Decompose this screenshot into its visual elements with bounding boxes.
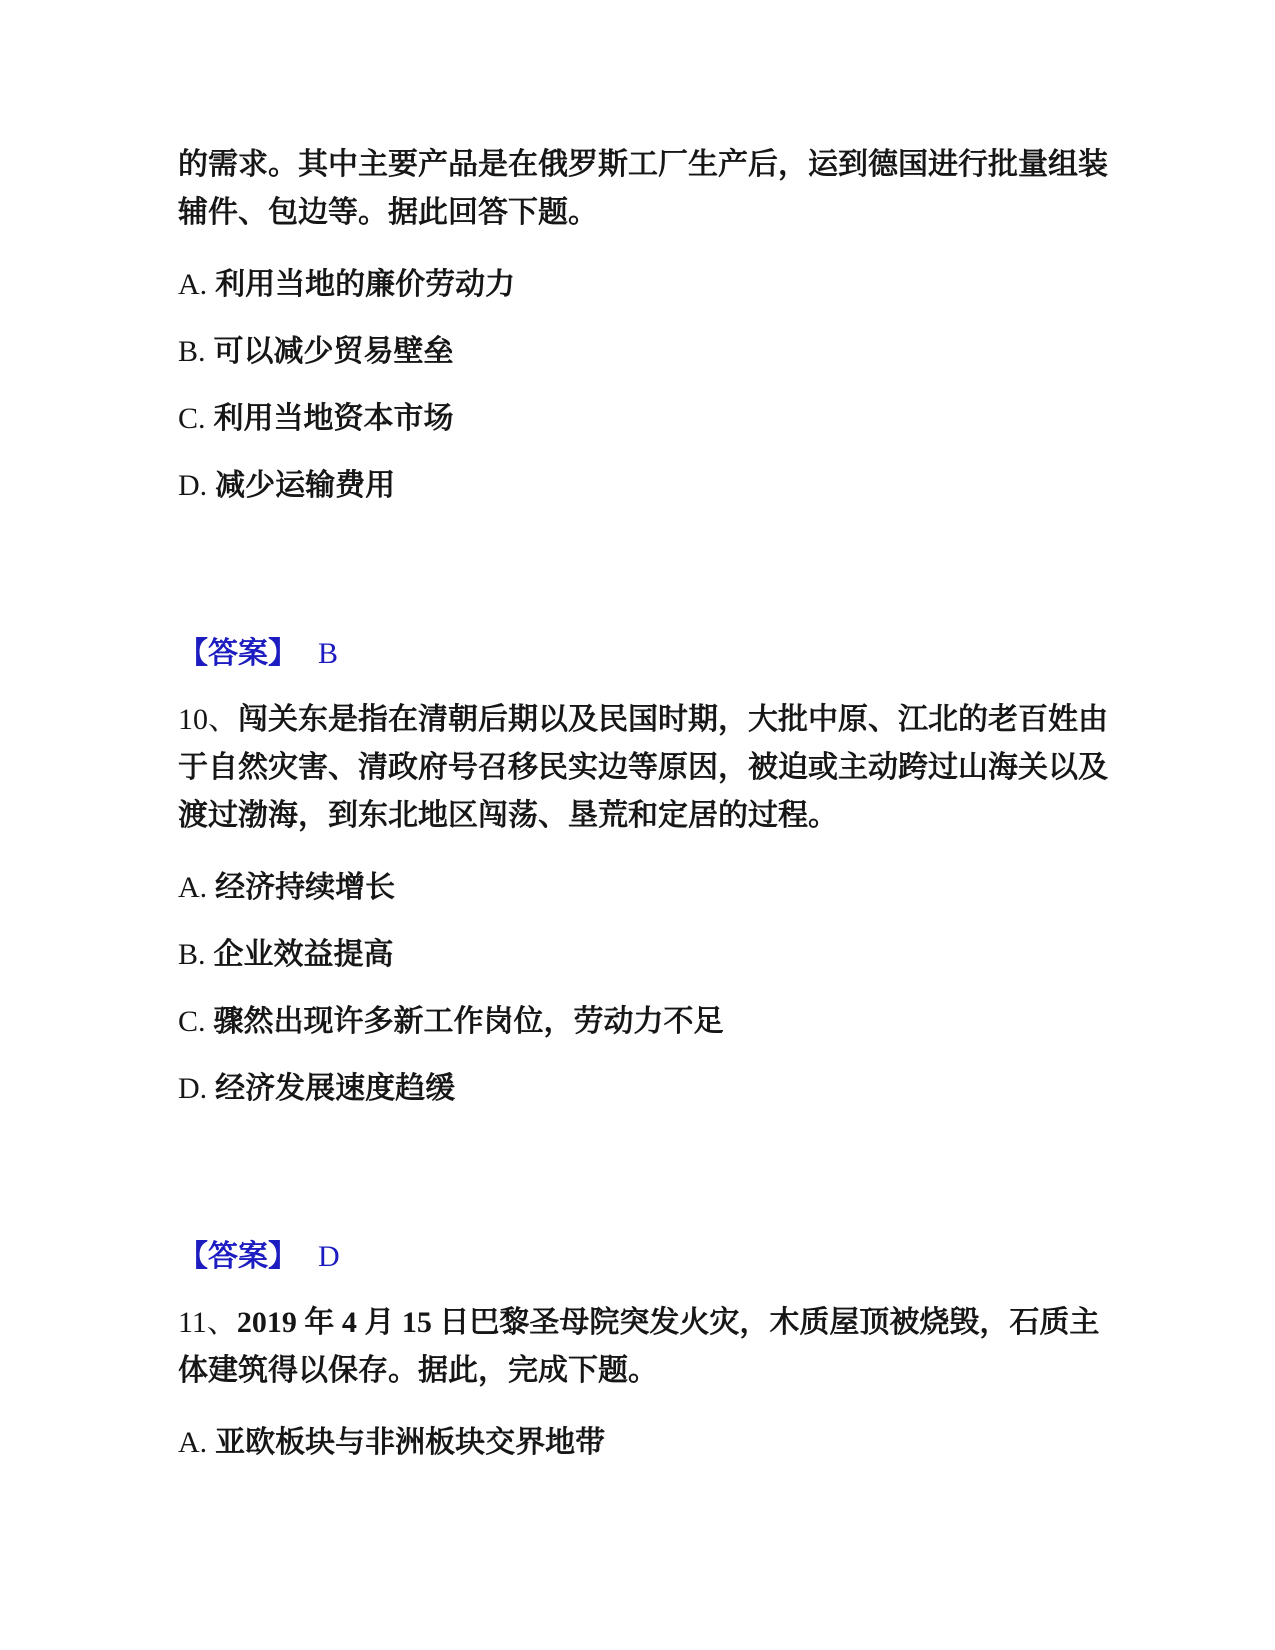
- q09-option-c: C.利用当地资本市场: [178, 395, 1128, 443]
- answer-label: 【答案】: [178, 1240, 298, 1273]
- q10-option-d-label: D.: [178, 1072, 207, 1105]
- q11-option-a-text: 亚欧板块与非洲板块交界地带: [215, 1426, 605, 1459]
- question-10-stem-text: 闯关东是指在清朝后期以及民国时期，大批中原、江北的老百姓由于自然灾害、清政府号召…: [178, 703, 1108, 832]
- question-9-options: A.利用当地的廉价劳动力 B.可以减少贸易壁垒 C.利用当地资本市场 D.减少运…: [178, 261, 1128, 510]
- question-10-answer-row: 【答案】D: [178, 1233, 1128, 1281]
- exam-document: 的需求。其中主要产品是在俄罗斯工厂生产后，运到德国进行批量组装辅件、包边等。据此…: [178, 141, 1128, 1467]
- question-11-number: 11、: [178, 1306, 237, 1339]
- question-9-stem-continuation: 的需求。其中主要产品是在俄罗斯工厂生产后，运到德国进行批量组装辅件、包边等。据此…: [178, 141, 1128, 237]
- q10-option-c-text: 骤然出现许多新工作岗位，劳动力不足: [214, 1005, 724, 1038]
- question-9-stem-text: 的需求。其中主要产品是在俄罗斯工厂生产后，运到德国进行批量组装辅件、包边等。据此…: [178, 148, 1108, 229]
- q09-option-b: B.可以减少贸易壁垒: [178, 328, 1128, 376]
- q11-option-a: A.亚欧板块与非洲板块交界地带: [178, 1419, 1128, 1467]
- q09-option-d-text: 减少运输费用: [215, 469, 395, 502]
- q10-option-b: B.企业效益提高: [178, 931, 1128, 979]
- q09-option-d-label: D.: [178, 469, 207, 502]
- question-10-options: A.经济持续增长 B.企业效益提高 C.骤然出现许多新工作岗位，劳动力不足 D.…: [178, 864, 1128, 1113]
- q10-option-b-label: B.: [178, 938, 206, 971]
- answer-value: B: [318, 637, 338, 670]
- q10-option-a: A.经济持续增长: [178, 864, 1128, 912]
- q10-option-d-text: 经济发展速度趋缓: [215, 1072, 455, 1105]
- q10-option-a-label: A.: [178, 871, 207, 904]
- answer-label: 【答案】: [178, 637, 298, 670]
- q09-option-a-text: 利用当地的廉价劳动力: [215, 268, 515, 301]
- q09-option-b-label: B.: [178, 335, 206, 368]
- q10-option-b-text: 企业效益提高: [214, 938, 394, 971]
- q09-option-a: A.利用当地的廉价劳动力: [178, 261, 1128, 309]
- q10-option-a-text: 经济持续增长: [215, 871, 395, 904]
- q09-option-d: D.减少运输费用: [178, 462, 1128, 510]
- q09-option-c-text: 利用当地资本市场: [214, 402, 454, 435]
- q09-option-c-label: C.: [178, 402, 206, 435]
- q09-option-b-text: 可以减少贸易壁垒: [214, 335, 454, 368]
- question-11-stem-text: 2019 年 4 月 15 日巴黎圣母院突发火灾，木质屋顶被烧毁，石质主体建筑得…: [178, 1306, 1099, 1387]
- question-10-stem: 10、闯关东是指在清朝后期以及民国时期，大批中原、江北的老百姓由于自然灾害、清政…: [178, 696, 1128, 840]
- question-10-number: 10、: [178, 703, 238, 736]
- q10-option-c: C.骤然出现许多新工作岗位，劳动力不足: [178, 998, 1128, 1046]
- q11-option-a-label: A.: [178, 1426, 207, 1459]
- q09-option-a-label: A.: [178, 268, 207, 301]
- q10-option-c-label: C.: [178, 1005, 206, 1038]
- question-11-stem: 11、2019 年 4 月 15 日巴黎圣母院突发火灾，木质屋顶被烧毁，石质主体…: [178, 1299, 1128, 1395]
- question-9-answer-row: 【答案】B: [178, 630, 1128, 678]
- answer-value: D: [318, 1240, 340, 1273]
- question-11-options: A.亚欧板块与非洲板块交界地带: [178, 1419, 1128, 1467]
- q10-option-d: D.经济发展速度趋缓: [178, 1065, 1128, 1113]
